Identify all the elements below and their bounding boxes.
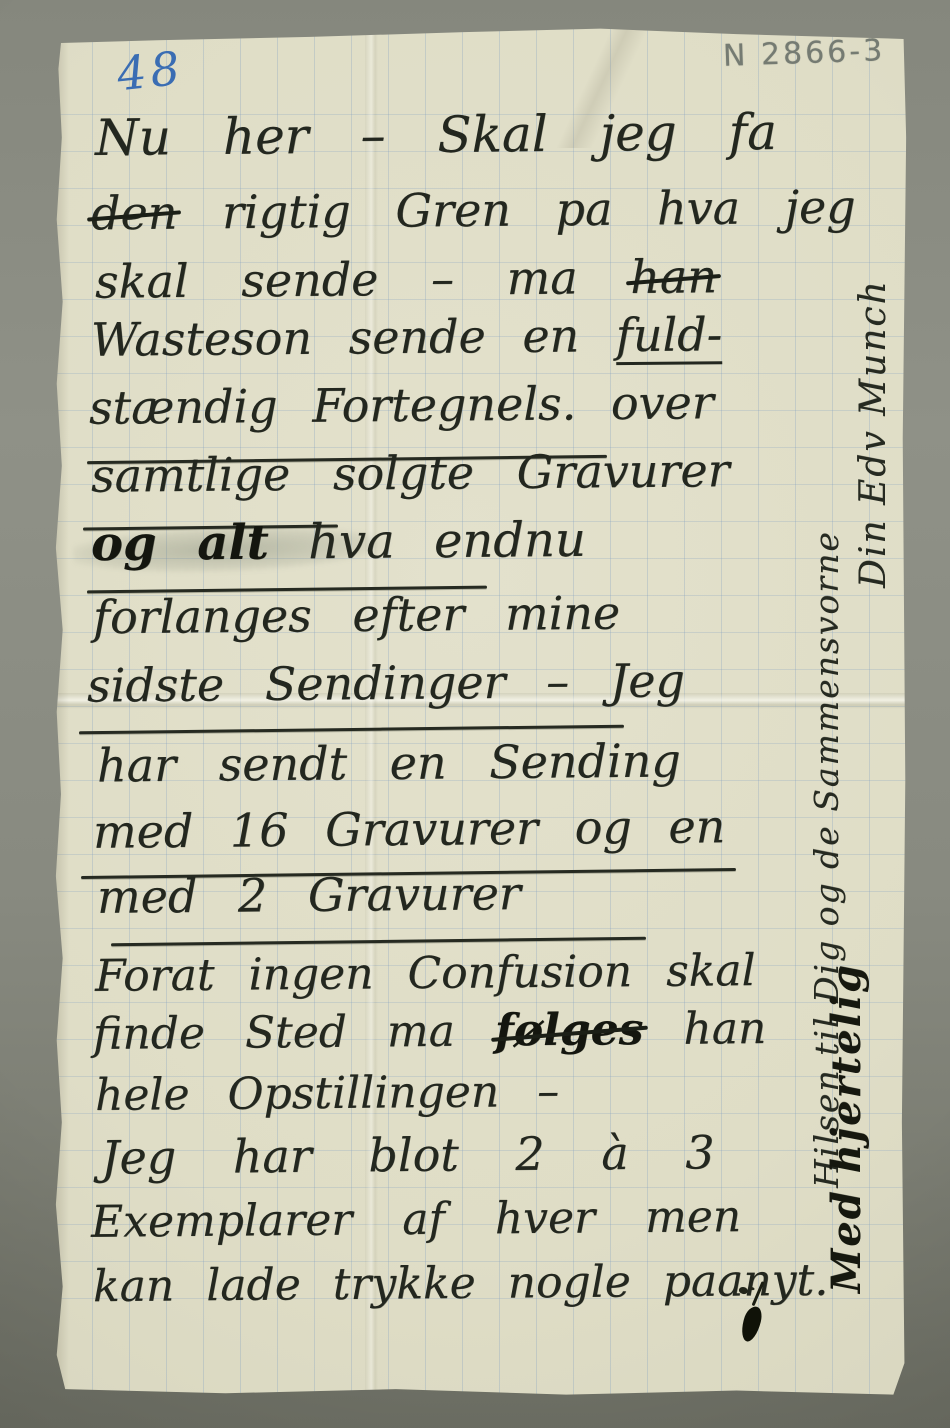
letter-line: den rigtig Gren pa hva jeg (91, 180, 856, 241)
letter-segment: stændig Fortegnels. over (89, 375, 714, 434)
letter-segment: Wasteson sende en (91, 308, 616, 367)
letter-segment: har sendt en Sending (97, 733, 681, 792)
letter-segment: Jeg har blot 2 à 3 (101, 1125, 715, 1184)
letter-line: Exemplarer af hver men (91, 1191, 742, 1248)
letter-segment: forlanges efter mine (93, 586, 621, 645)
letter-line: stændig Fortegnels. over (89, 375, 714, 434)
letter-line: samtlige solgte Gravurer (91, 443, 730, 503)
letter-segment: fuld- (616, 307, 723, 365)
letter-segment: hele Opstillingen – (95, 1066, 560, 1121)
letter-segment: med 16 Gravurer og en (93, 799, 726, 859)
letter-line: Jeg har blot 2 à 3 (101, 1125, 715, 1184)
letter-line: skal sende – ma han (95, 249, 717, 308)
letter-line: forlanges efter mine (93, 586, 621, 645)
letter-line: hele Opstillingen – (95, 1066, 560, 1121)
page-number: 48 (114, 41, 186, 102)
torn-edge-shading (55, 28, 69, 1396)
margin-note-valediction: Med hjertelig (823, 933, 870, 1293)
letter-line: Nu her – Skal jeg fa (95, 103, 777, 167)
letter-line: og alt hva endnu (91, 512, 586, 572)
letter-segment: han (643, 1003, 766, 1055)
letter-segment: og alt (91, 515, 269, 573)
letter-segment: kan lade trykke nogle paanyt. (93, 1255, 829, 1312)
letter-segment: Forat ingen Confusion skal (95, 945, 756, 1002)
letter-segment: sidste Sendinger – Jeg (87, 653, 685, 712)
letter-line: finde Sted ma følges han (93, 1003, 767, 1060)
letter-segment: Nu her – Skal jeg fa (95, 103, 777, 167)
struck-word: den (91, 186, 178, 241)
letter-line: kan lade trykke nogle paanyt. (93, 1255, 829, 1312)
letter-paper: 48 N 2866-3 Nu her – Skal jeg faden rigt… (55, 28, 907, 1396)
letter-segment: finde Sted ma (93, 1005, 495, 1060)
letter-line: Wasteson sende en fuld- (91, 307, 723, 367)
letter-line: med 2 Gravurer (97, 866, 521, 924)
letter-segment: hva endnu (269, 512, 587, 571)
letter-line: har sendt en Sending (97, 733, 681, 792)
letter-segment: rigtig Gren pa hva jeg (177, 180, 856, 240)
letter-line: med 16 Gravurer og en (93, 799, 726, 859)
margin-note-signature: Din Edv Munch (853, 58, 894, 588)
struck-word: følges (495, 1004, 644, 1056)
photo-background: 48 N 2866-3 Nu her – Skal jeg faden rigt… (0, 0, 950, 1428)
letter-segment: med 2 Gravurer (97, 866, 521, 924)
letter-line: sidste Sendinger – Jeg (87, 653, 685, 712)
letter-line: Forat ingen Confusion skal (95, 945, 756, 1002)
struck-word: han (630, 249, 717, 304)
letter-segment: Exemplarer af hver men (91, 1191, 742, 1248)
letter-segment: skal sende – ma (95, 250, 631, 309)
letter-segment: samtlige solgte Gravurer (91, 443, 730, 503)
